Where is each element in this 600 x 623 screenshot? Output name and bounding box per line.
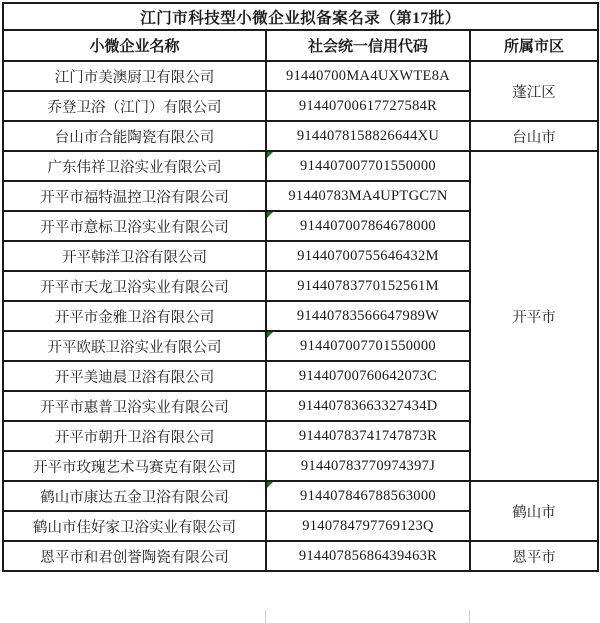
table-header-row: 小微企业名称 社会统一信用代码 所属市区 — [3, 30, 598, 61]
district-cell: 开平市 — [470, 151, 598, 481]
company-name-cell: 开平美迪晨卫浴有限公司 — [3, 361, 266, 391]
page-title: 江门市科技型小微企业拟备案名录（第17批） — [3, 3, 598, 30]
company-name-cell: 乔登卫浴（江门）有限公司 — [3, 91, 266, 121]
district-cell: 恩平市 — [470, 541, 598, 571]
company-name-cell: 鹤山市佳好家卫浴实业有限公司 — [3, 511, 266, 541]
company-name-cell: 台山市合能陶瓷有限公司 — [3, 121, 266, 151]
column-header-credit-code: 社会统一信用代码 — [266, 30, 470, 61]
company-name-cell: 鹤山市康达五金卫浴有限公司 — [3, 481, 266, 511]
credit-code-cell: 91440700MA4UXWTE8A — [266, 61, 470, 91]
column-header-district: 所属市区 — [470, 30, 598, 61]
company-name-cell: 开平市金雅卫浴有限公司 — [3, 301, 266, 331]
credit-code-cell: 914407007701550000 — [266, 331, 470, 361]
credit-code-cell: 91440700617727584R — [266, 91, 470, 121]
credit-code-cell: 91440783741747873R — [266, 421, 470, 451]
spreadsheet-page: 江门市科技型小微企业拟备案名录（第17批） 小微企业名称 社会统一信用代码 所属… — [0, 0, 600, 623]
table-row: 江门市美澳厨卫有限公司91440700MA4UXWTE8A蓬江区 — [3, 61, 598, 91]
table-row: 鹤山市康达五金卫浴有限公司914407846788563000鹤山市 — [3, 481, 598, 511]
company-name-cell: 广东伟祥卫浴实业有限公司 — [3, 151, 266, 181]
column-header-company: 小微企业名称 — [3, 30, 266, 61]
number-stored-as-text-flag-icon — [267, 332, 273, 338]
table-row: 恩平市和君创誉陶瓷有限公司91440785686439463R恩平市 — [3, 541, 598, 571]
company-name-cell: 开平市惠普卫浴实业有限公司 — [3, 391, 266, 421]
company-name-cell: 开平韩洋卫浴有限公司 — [3, 241, 266, 271]
company-name-cell: 开平市玫瑰艺术马赛克有限公司 — [3, 451, 266, 481]
credit-code-cell: 9140784797769123Q — [266, 511, 470, 541]
credit-code-cell: 9144078158826644XU — [266, 121, 470, 151]
credit-code-cell: 91440783770152561M — [266, 271, 470, 301]
roster-table: 江门市科技型小微企业拟备案名录（第17批） 小微企业名称 社会统一信用代码 所属… — [2, 2, 599, 572]
company-name-cell: 开平市朝升卫浴有限公司 — [3, 421, 266, 451]
credit-code-cell: 91440783663327434D — [266, 391, 470, 421]
table-row: 台山市合能陶瓷有限公司9144078158826644XU台山市 — [3, 121, 598, 151]
company-name-cell: 开平市福特温控卫浴有限公司 — [3, 181, 266, 211]
credit-code-cell: 91440785686439463R — [266, 541, 470, 571]
credit-code-cell: 91440783566647989W — [266, 301, 470, 331]
credit-code-cell: 914407846788563000 — [266, 481, 470, 511]
company-name-cell: 江门市美澳厨卫有限公司 — [3, 61, 266, 91]
district-cell: 蓬江区 — [470, 61, 598, 121]
number-stored-as-text-flag-icon — [267, 212, 273, 218]
credit-code-cell: 91440783770974397J — [266, 451, 470, 481]
company-name-cell: 恩平市和君创誉陶瓷有限公司 — [3, 541, 266, 571]
table-row: 广东伟祥卫浴实业有限公司914407007701550000开平市 — [3, 151, 598, 181]
credit-code-cell: 91440700755646432M — [266, 241, 470, 271]
credit-code-cell: 914407007864678000 — [266, 211, 470, 241]
number-stored-as-text-flag-icon — [267, 482, 273, 488]
credit-code-cell: 914407007701550000 — [266, 151, 470, 181]
company-name-cell: 开平欧联卫浴实业有限公司 — [3, 331, 266, 361]
company-name-cell: 开平市天龙卫浴实业有限公司 — [3, 271, 266, 301]
credit-code-cell: 91440783MA4UPTGC7N — [266, 181, 470, 211]
company-name-cell: 开平市意标卫浴实业有限公司 — [3, 211, 266, 241]
table-title-row: 江门市科技型小微企业拟备案名录（第17批） — [3, 3, 598, 30]
gridline-stub-left — [265, 610, 266, 623]
table-body: 江门市美澳厨卫有限公司91440700MA4UXWTE8A蓬江区乔登卫浴（江门）… — [3, 61, 598, 571]
gridline-stub-right — [469, 610, 470, 623]
credit-code-cell: 91440700760642073C — [266, 361, 470, 391]
district-cell: 鹤山市 — [470, 481, 598, 541]
district-cell: 台山市 — [470, 121, 598, 151]
number-stored-as-text-flag-icon — [267, 152, 273, 158]
